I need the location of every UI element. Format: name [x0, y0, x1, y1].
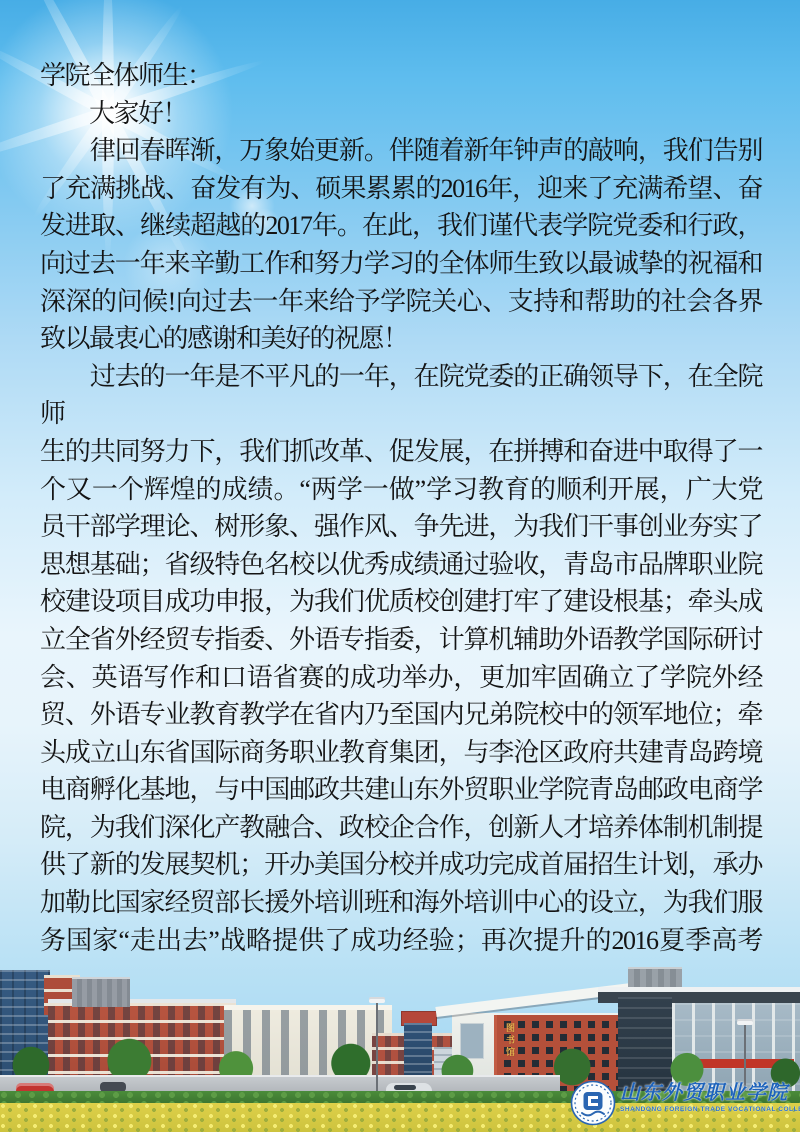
college-name-en: SHANDONG FOREIGN TRADE VOCATIONAL COLLEG…	[620, 1106, 800, 1114]
letter-body: 学院全体师生： 大家好！ 律回春晖渐，万象始更新。伴随着新年钟声的敲响，我们告别…	[40, 57, 762, 959]
letter-line: 律回春晖渐，万象始更新。伴随着新年钟声的敲响，我们告别	[40, 132, 762, 170]
letter-line: 深深的问候!向过去一年来给予学院关心、支持和帮助的社会各界	[40, 283, 762, 321]
street-lamp-pole	[376, 1003, 378, 1095]
letter-line: 过去的一年是不平凡的一年，在院党委的正确领导下，在全院师	[40, 358, 762, 433]
letter-line: 供了新的发展契机；开办美国分校并成功完成首届招生计划，承办	[40, 846, 762, 884]
letter-line: 院，为我们深化产教融合、政校企合作，创新人才培养体制机制提	[40, 809, 762, 847]
letter-line: 大家好！	[40, 95, 762, 133]
letter-line: 头成立山东省国际商务职业教育集团，与李沧区政府共建青岛跨境	[40, 734, 762, 772]
college-name-cn: 山东外贸职业学院	[620, 1080, 800, 1106]
letter-line: 发进取、继续超越的2017年。在此，我们谨代表学院党委和行政，	[40, 207, 762, 245]
street-lamp-head	[369, 999, 385, 1003]
letter-line: 学院全体师生：	[40, 57, 762, 95]
letter-line: 电商孵化基地，与中国邮政共建山东外贸职业学院青岛邮政电商学	[40, 771, 762, 809]
street-lamp-head	[737, 1021, 753, 1025]
letter-line: 思想基础；省级特色名校以优秀成绩通过验收，青岛市品牌职业院	[40, 546, 762, 584]
college-logo: 山东外贸职业学院 SHANDONG FOREIGN TRADE VOCATION…	[570, 1080, 798, 1130]
letter-line: 个又一个辉煌的成绩。“两学一做”学习教育的顺利开展，广大党	[40, 471, 762, 509]
letter-line: 会、英语写作和口语省赛的成功举办，更加牢固确立了学院外经	[40, 659, 762, 697]
letter-line: 了充满挑战、奋发有为、硕果累累的2016年，迎来了充满希望、奋	[40, 170, 762, 208]
letter-line: 员干部学理论、树形象、强作风、争先进，为我们干事创业夯实了	[40, 508, 762, 546]
letter-line: 向过去一年来辛勤工作和努力学习的全体师生致以最诚挚的祝福和	[40, 245, 762, 283]
rooftop-structure	[72, 977, 130, 1007]
campus-photo: 图书馆 山东外贸职业学院 SHANDONG FOREIGN TRADE V	[0, 925, 800, 1132]
greeting-letter-page: 学院全体师生： 大家好！ 律回春晖渐，万象始更新。伴随着新年钟声的敲响，我们告别…	[0, 0, 800, 1132]
letter-line: 致以最衷心的感谢和美好的祝愿！	[40, 320, 762, 358]
letter-line: 校建设项目成功申报，为我们优质校创建打牢了建设根基；牵头成	[40, 583, 762, 621]
letter-line: 生的共同努力下，我们抓改革、促发展，在拼搏和奋进中取得了一	[40, 433, 762, 471]
letter-line: 贸、外语专业教育教学在省内乃至国内兄弟院校中的领军地位；牵	[40, 696, 762, 734]
letter-line: 加勒比国家经贸部长援外培训班和海外培训中心的设立，为我们服	[40, 884, 762, 922]
letter-line: 立全省外经贸专指委、外语专指委，计算机辅助外语教学国际研讨	[40, 621, 762, 659]
college-emblem-icon	[570, 1080, 616, 1126]
